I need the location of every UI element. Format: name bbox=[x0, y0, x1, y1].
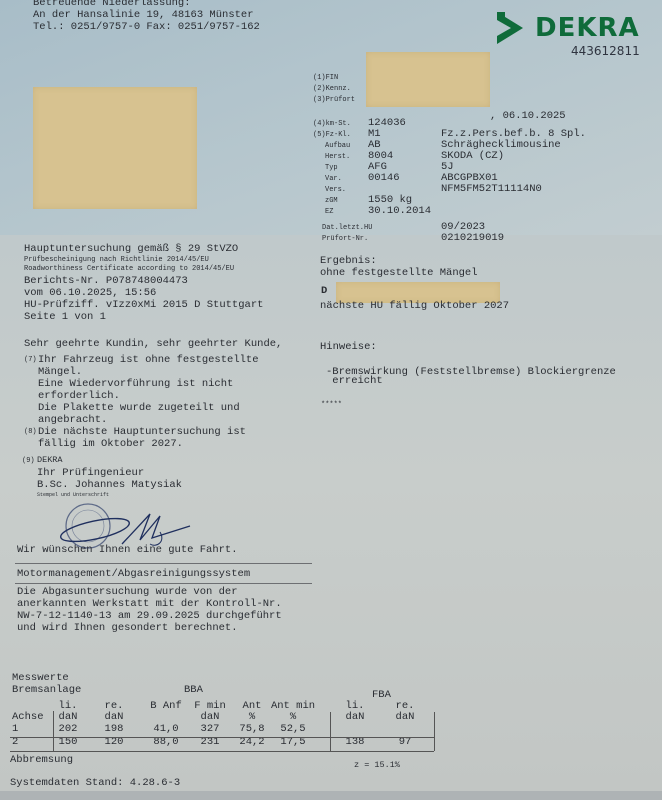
page-indicator: Seite 1 von 1 bbox=[24, 311, 106, 323]
signature-org: DEKRA bbox=[37, 455, 63, 465]
branch-address: An der Hansalinie 19, 48163 Münster bbox=[33, 9, 254, 21]
letter-line: Die Plakette wurde zugeteilt und bbox=[38, 402, 240, 414]
letter-line: fällig im Oktober 2027. bbox=[38, 438, 183, 450]
label-typ: Typ bbox=[325, 164, 338, 172]
braking-label: Abbremsung bbox=[10, 754, 73, 766]
marker-9: (9) bbox=[22, 457, 35, 465]
inspection-report-page: Betreuende Niederlassung: An der Hansali… bbox=[0, 0, 662, 800]
notes-label: Hinweise: bbox=[320, 341, 377, 353]
measurements-title: Messwerte bbox=[12, 672, 69, 684]
vers-text: NFM5FM52T11114N0 bbox=[441, 183, 542, 195]
plate-prefix: D bbox=[321, 285, 327, 297]
marker-7: (7) bbox=[24, 356, 37, 364]
redacted-address-block bbox=[33, 87, 197, 209]
stamp-caption: Stempel und Unterschrift bbox=[37, 492, 109, 498]
table-hline bbox=[10, 737, 434, 738]
var-code: 00146 bbox=[368, 172, 400, 184]
emissions-line: und wird Ihnen gesondert berechnet. bbox=[17, 622, 238, 634]
column-unit: daN bbox=[377, 711, 433, 723]
label-dat-letzt-hu: Dat.letzt.HU bbox=[322, 224, 372, 232]
label-zgm: zGM bbox=[325, 197, 338, 205]
column-unit: daN bbox=[327, 711, 383, 723]
letter-line: erforderlich. bbox=[38, 390, 120, 402]
label-pruefort-nr: Prüfort-Nr. bbox=[322, 235, 368, 243]
hu-check-code: HU-Prüfziff. vIzz0xMi 2015 D Stuttgart bbox=[24, 299, 263, 311]
table-vline bbox=[330, 712, 331, 751]
ez-value: 30.10.2014 bbox=[368, 205, 431, 217]
branch-contact: Tel.: 0251/9757-0 Fax: 0251/9757-162 bbox=[33, 21, 260, 33]
label-fzkl: (5)Fz-Kl. bbox=[313, 131, 351, 139]
branch-label: Betreuende Niederlassung: bbox=[33, 0, 191, 9]
inspection-date: , 06.10.2025 bbox=[490, 110, 566, 122]
letter-line: Die nächste Hauptuntersuchung ist bbox=[38, 426, 246, 438]
engineer-role: Ihr Prüfingenieur bbox=[37, 467, 144, 479]
label-kennz: (2)Kennz. bbox=[313, 85, 351, 93]
axle-header: Achse bbox=[12, 711, 44, 723]
marker-8: (8) bbox=[24, 428, 37, 436]
result-label: Ergebnis: bbox=[320, 255, 377, 267]
letter-line: Ihr Fahrzeug ist ohne festgestellte bbox=[38, 354, 259, 366]
table-cell: 52,5 bbox=[265, 723, 321, 735]
document-number: 443612811 bbox=[571, 44, 640, 58]
table-vline bbox=[53, 711, 54, 751]
column-unit: daN bbox=[86, 711, 142, 723]
report-date-time: vom 06.10.2025, 15:56 bbox=[24, 287, 156, 299]
engineer-name: B.Sc. Johannes Matysiak bbox=[37, 479, 182, 491]
label-pruefort: (3)Prüfort bbox=[313, 96, 355, 104]
salutation: Sehr geehrte Kundin, sehr geehrter Kunde… bbox=[24, 338, 282, 350]
letter-line: Mängel. bbox=[38, 366, 82, 378]
certificate-subtitle-en: Roadworthiness Certificate according to … bbox=[24, 265, 234, 273]
emissions-line: anerkannten Werkstatt mit der Kontroll-N… bbox=[17, 598, 282, 610]
notes-stars: ***** bbox=[321, 401, 342, 409]
certificate-title: Hauptuntersuchung gemäß § 29 StVZO bbox=[24, 243, 238, 255]
closing-greeting: Wir wünschen Ihnen eine gute Fahrt. bbox=[17, 544, 238, 556]
dekra-arrow-icon bbox=[493, 10, 527, 46]
table-vline bbox=[434, 712, 435, 751]
page-bottom-edge bbox=[0, 791, 662, 800]
emissions-line: Die Abgasuntersuchung wurde von der bbox=[17, 586, 238, 598]
label-fin: (1)FIN bbox=[313, 74, 338, 82]
pruefort-nr-value: 0210219019 bbox=[441, 232, 504, 244]
brake-system-label: Bremsanlage bbox=[12, 684, 81, 696]
redacted-vehicle-id bbox=[366, 52, 490, 107]
braking-value: z = 15.1% bbox=[354, 760, 400, 770]
divider bbox=[15, 583, 312, 584]
letter-line: Eine Wiedervorführung ist nicht bbox=[38, 378, 233, 390]
certificate-subtitle-de: Prüfbescheinigung nach Richtlinie 2014/4… bbox=[24, 256, 209, 264]
divider bbox=[15, 563, 312, 564]
next-hu-due: nächste HU fällig Oktober 2027 bbox=[320, 300, 509, 312]
table-cell: 198 bbox=[86, 723, 142, 735]
letter-line: angebracht. bbox=[38, 414, 107, 426]
axle-number: 1 bbox=[12, 723, 18, 735]
report-number: Berichts-Nr. P078748004473 bbox=[24, 275, 188, 287]
dekra-logo: DEKRA bbox=[493, 10, 640, 46]
label-km: (4)km-St. bbox=[313, 120, 351, 128]
label-vers: Vers. bbox=[325, 186, 346, 194]
system-data-version: Systemdaten Stand: 4.28.6-3 bbox=[10, 777, 180, 789]
result-value: ohne festgestellte Mängel bbox=[320, 267, 478, 279]
service-brake-group: BBA bbox=[184, 684, 203, 696]
label-var: Var. bbox=[325, 175, 342, 183]
column-unit: % bbox=[265, 711, 321, 723]
emissions-title: Motormanagement/Abgasreinigungssystem bbox=[17, 568, 250, 580]
emissions-line: NW-7-12-1140-13 am 29.09.2025 durchgefüh… bbox=[17, 610, 282, 622]
label-aufbau: Aufbau bbox=[325, 142, 350, 150]
table-hline bbox=[10, 751, 434, 752]
note-item: erreicht bbox=[326, 375, 383, 387]
dekra-logo-text: DEKRA bbox=[535, 13, 640, 43]
label-ez: EZ bbox=[325, 208, 333, 216]
label-herst: Herst. bbox=[325, 153, 350, 161]
